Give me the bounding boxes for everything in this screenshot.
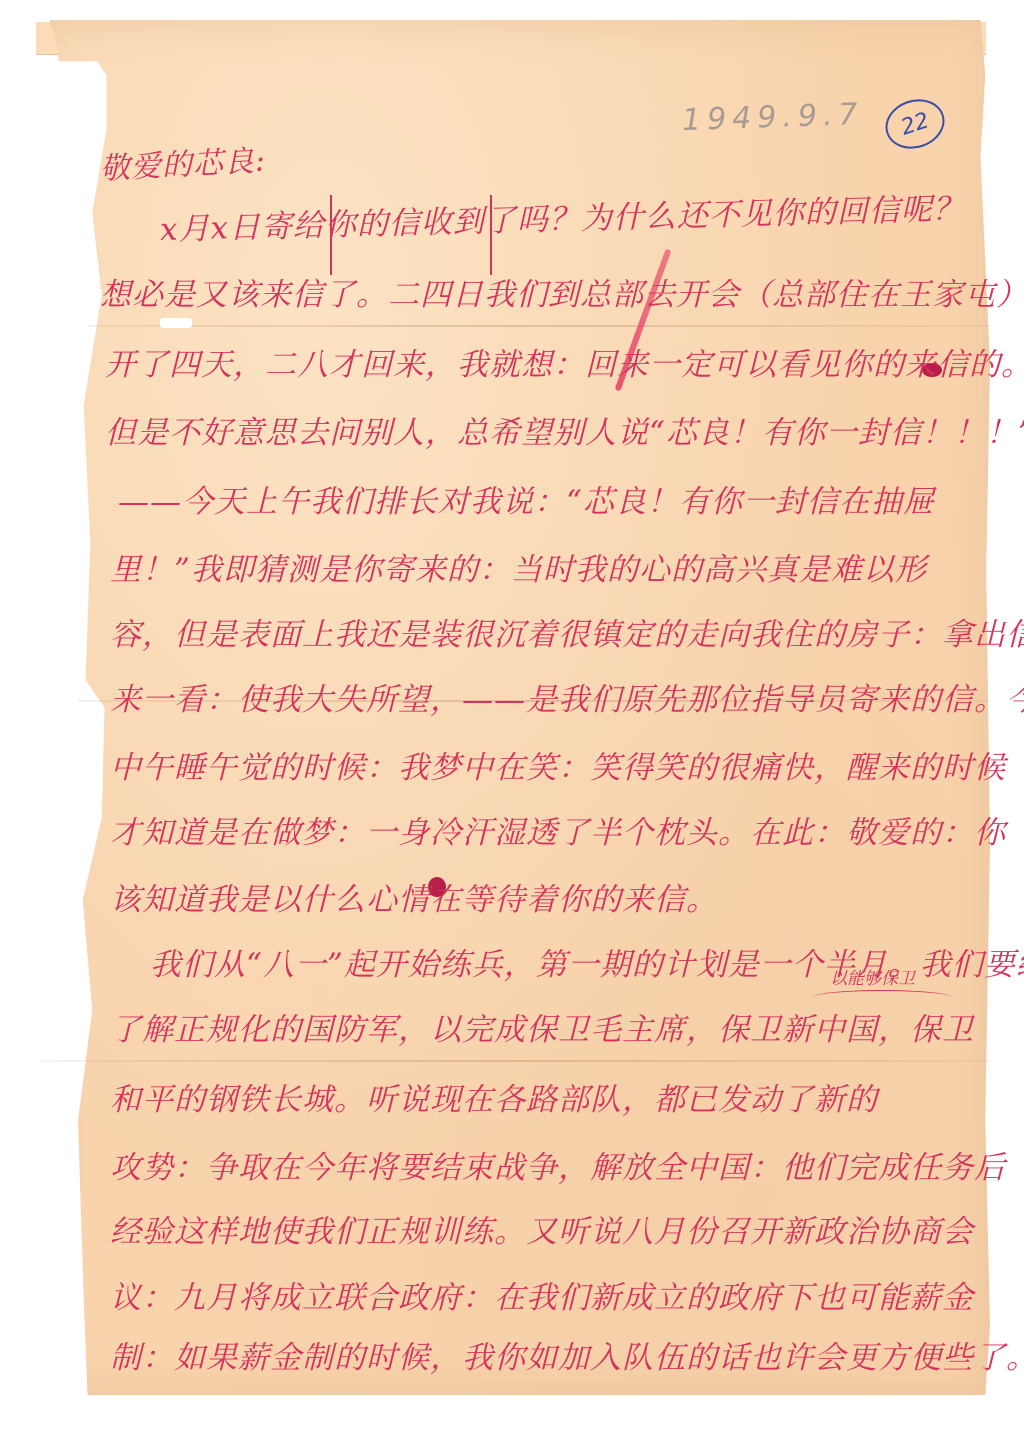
letter-line: 中午睡午觉的时候：我梦中在笑：笑得笑的很痛快，醒来的时候 [110,748,1006,788]
letter-line: 经验这样地使我们正规训练。又听说八月份召开新政治协商会 [110,1212,974,1252]
letter-line: 和平的钢铁长城。听说现在各路部队，都已发动了新的 [110,1080,878,1120]
letter-line: 想必是又该来信了。二四日我们到总部去开会（总部住在王家屯） [100,275,1024,315]
letter-line: 了解正规化的国防军，以完成保卫毛主席，保卫新中国，保卫 [110,1010,974,1050]
letter-line: 才知道是在做梦：一身冷汗湿透了半个枕头。在此：敬爱的：你 [110,813,1006,853]
letter-line: 开了四天，二八才回来，我就想：回来一定可以看见你的来信的。 [105,345,1024,385]
insertion-caret [812,990,952,1005]
letter-body: 敬爱的芯良: x月x日寄给你的信收到了吗？为什么还不见你的回信呢？ 想必是又该来… [0,0,1024,1435]
letter-line: 但是不好意思去问别人，总希望别人说“芯良！有你一封信！！！” [105,413,1024,453]
letter-line: ——今天上午我们排长对我说：“芯良！有你一封信在抽屉 [118,482,935,522]
letter-salutation: 敬爱的芯良: [99,141,267,190]
letter-line: 里！”我即猜测是你寄来的：当时我的心的高兴真是难以形 [110,550,927,590]
letter-line: 攻势：争取在今年将要结束战争，解放全中国：他们完成任务后 [110,1148,1006,1188]
letter-line: 议：九月将成立联合政府：在我们新成立的政府下也可能薪金 [110,1278,974,1318]
letter-line: 来一看：使我大失所望，——是我们原先那位指导员寄来的信。今天 [110,680,1024,720]
margin-annotation: 以能够保卫 [830,964,915,989]
letter-line: x月x日寄给你的信收到了吗？为什么还不见你的回信呢？ [159,189,965,250]
letter-line: 制：如果薪金制的时候，我你如加入队伍的话也许会更方便些了。 [110,1338,1024,1378]
letter-line: 容，但是表面上我还是装很沉着很镇定的走向我住的房子：拿出信 [110,615,1024,655]
letter-line: 该知道我是以什么心情在等待着你的来信。 [110,880,718,920]
